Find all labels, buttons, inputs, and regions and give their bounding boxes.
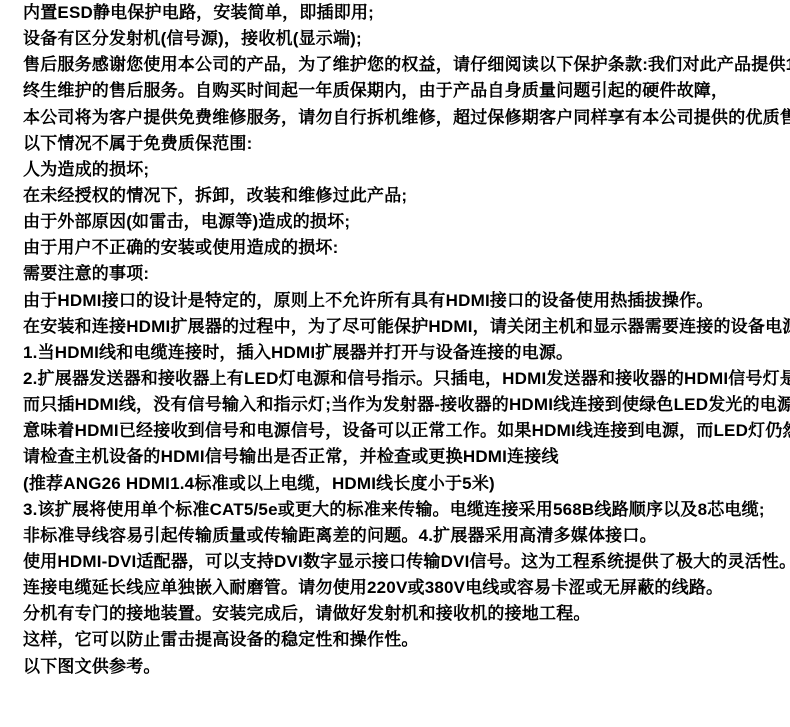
- text-line: 连接电缆延长线应单独嵌入耐磨管。请勿使用220V或380V电线或容易卡涩或无屏蔽…: [23, 575, 788, 601]
- text-line: 售后服务感谢您使用本公司的产品，为了维护您的权益，请仔细阅读以下保护条款:我们对…: [23, 52, 788, 78]
- text-line: 内置ESD静电保护电路，安装简单，即插即用;: [23, 0, 788, 26]
- text-line: 非标准导线容易引起传输质量或传输距离差的问题。4.扩展器采用高清多媒体接口。: [23, 523, 788, 549]
- text-line: 终生维护的售后服务。自购买时间起一年质保期内，由于产品自身质量问题引起的硬件故障…: [23, 78, 788, 104]
- text-line: 而只插HDMI线，没有信号输入和指示灯;当作为发射器-接收器的HDMI线连接到使…: [23, 392, 788, 418]
- text-line: 本公司将为客户提供免费维修服务，请勿自行拆机维修，超过保修期客户同样享有本公司提…: [23, 105, 788, 131]
- text-line: 分机有专门的接地装置。安装完成后，请做好发射机和接收机的接地工程。: [23, 601, 788, 627]
- product-description-document: 内置ESD静电保护电路，安装简单，即插即用; 设备有区分发射机(信号源)，接收机…: [0, 0, 790, 680]
- text-line: 请检查主机设备的HDMI信号输出是否正常，并检查或更换HDMI连接线: [23, 444, 788, 470]
- text-line: 由于HDMI接口的设计是特定的，原则上不允许所有具有HDMI接口的设备使用热插拔…: [23, 288, 788, 314]
- text-line: 以下情况不属于免费质保范围:: [23, 131, 788, 157]
- text-line: 由于外部原因(如雷击，电源等)造成的损坏;: [23, 209, 788, 235]
- text-line: 1.当HDMI线和电缆连接时，插入HDMI扩展器并打开与设备连接的电源。: [23, 340, 788, 366]
- text-line: 需要注意的事项:: [23, 261, 788, 287]
- text-line: 在未经授权的情况下，拆卸，改装和维修过此产品;: [23, 183, 788, 209]
- text-line: 在安装和连接HDMI扩展器的过程中，为了尽可能保护HDMI，请关闭主机和显示器需…: [23, 314, 788, 340]
- text-line: 以下图文供参考。: [23, 654, 788, 680]
- text-line: 这样，它可以防止雷击提高设备的稳定性和操作性。: [23, 627, 788, 653]
- text-line: 由于用户不正确的安装或使用造成的损坏:: [23, 235, 788, 261]
- text-line: (推荐ANG26 HDMI1.4标准或以上电缆，HDMI线长度小于5米): [23, 471, 788, 497]
- text-line: 2.扩展器发送器和接收器上有LED灯电源和信号指示。只插电，HDMI发送器和接收…: [23, 366, 788, 392]
- text-line: 人为造成的损坏;: [23, 157, 788, 183]
- text-line: 设备有区分发射机(信号源)，接收机(显示端);: [23, 26, 788, 52]
- text-line: 使用HDMI-DVI适配器，可以支持DVI数字显示接口传输DVI信号。这为工程系…: [23, 549, 788, 575]
- text-line: 意味着HDMI已经接收到信号和电源信号，设备可以正常工作。如果HDMI线连接到电…: [23, 418, 788, 444]
- text-line: 3.该扩展将使用单个标准CAT5/5e或更大的标准来传输。电缆连接采用568B线…: [23, 497, 788, 523]
